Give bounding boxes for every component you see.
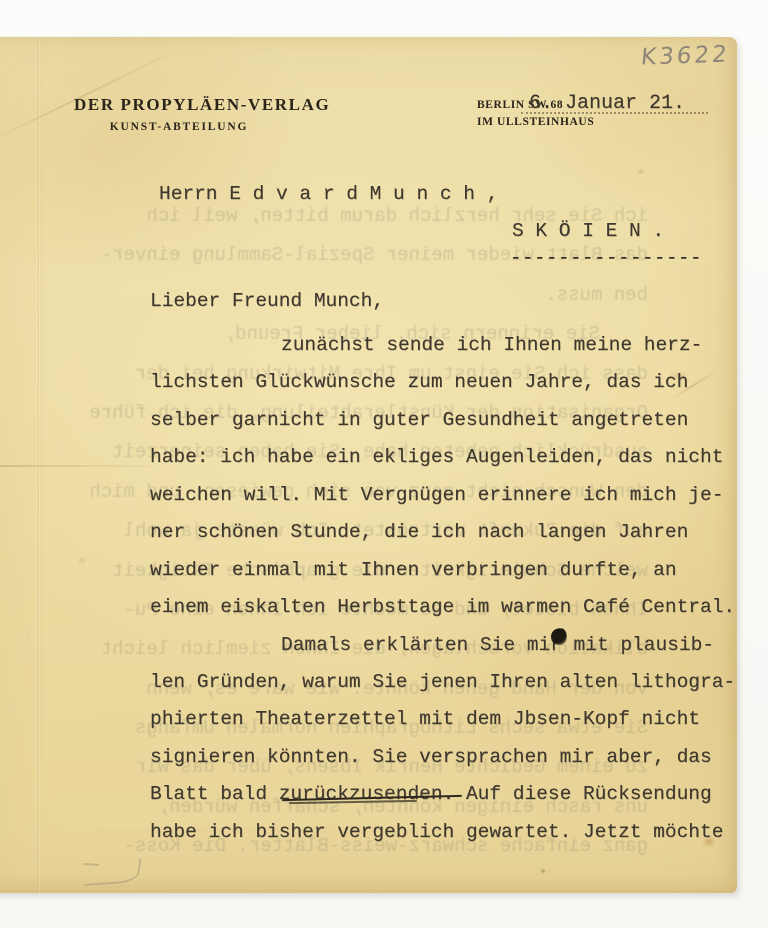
typed-line: signieren könnten. Sie versprachen mir a… <box>150 739 725 776</box>
typed-line: phierten Theaterzettel mit dem Jbsen-Kop… <box>150 701 725 738</box>
typed-line: selber garnicht in guter Gesundheit ange… <box>150 402 725 439</box>
typed-line: ner schönen Stunde, die ich nach langen … <box>150 514 725 551</box>
reference-number: K3622 <box>640 41 731 70</box>
typed-date: 6. Januar 21. <box>529 92 685 115</box>
letterhead-company: DER PROPYLÄEN-VERLAG <box>74 95 330 115</box>
typed-line: wieder einmal mit Ihnen verbringen durft… <box>150 552 725 589</box>
typed-line: weichen will. Mit Vergnügen erinnere ich… <box>150 477 725 514</box>
typed-line: zunächst sende ich Ihnen meine herz- <box>150 327 725 364</box>
typed-line: lichsten Glückwünsche zum neuen Jahre, d… <box>150 364 725 401</box>
recipient-place: S K Ö I E N . <box>512 220 664 242</box>
letterhead-address-line2: IM ULLSTEINHAUS <box>477 116 594 128</box>
typed-line: Blatt bald zurückzusenden. Auf diese Rüc… <box>150 776 725 813</box>
letterhead-department: KUNST-ABTEILUNG <box>74 121 284 133</box>
typed-line: einem eiskalten Herbsttage im warmen Caf… <box>150 589 725 626</box>
typed-line: habe ich bisher vergeblich gewartet. Jet… <box>150 814 725 851</box>
typed-line: Damals erklärten Sie mir mit plausib- <box>150 627 725 664</box>
typed-line: len Gründen, warum Sie jenen Ihren alten… <box>150 664 725 701</box>
recipient-name: Herrn E d v a r d M u n c h , <box>159 183 498 205</box>
salutation: Lieber Freund Munch, <box>150 290 384 312</box>
body-lines: zunächst sende ich Ihnen meine herz-lich… <box>150 327 725 851</box>
recipient-dashed-underline: ---------------- <box>510 247 702 269</box>
scanned-letter: ich Sie sehr herzlich darum bitten, weil… <box>0 0 768 928</box>
typed-line: habe: ich habe ein ekliges Augenleiden, … <box>150 439 725 476</box>
